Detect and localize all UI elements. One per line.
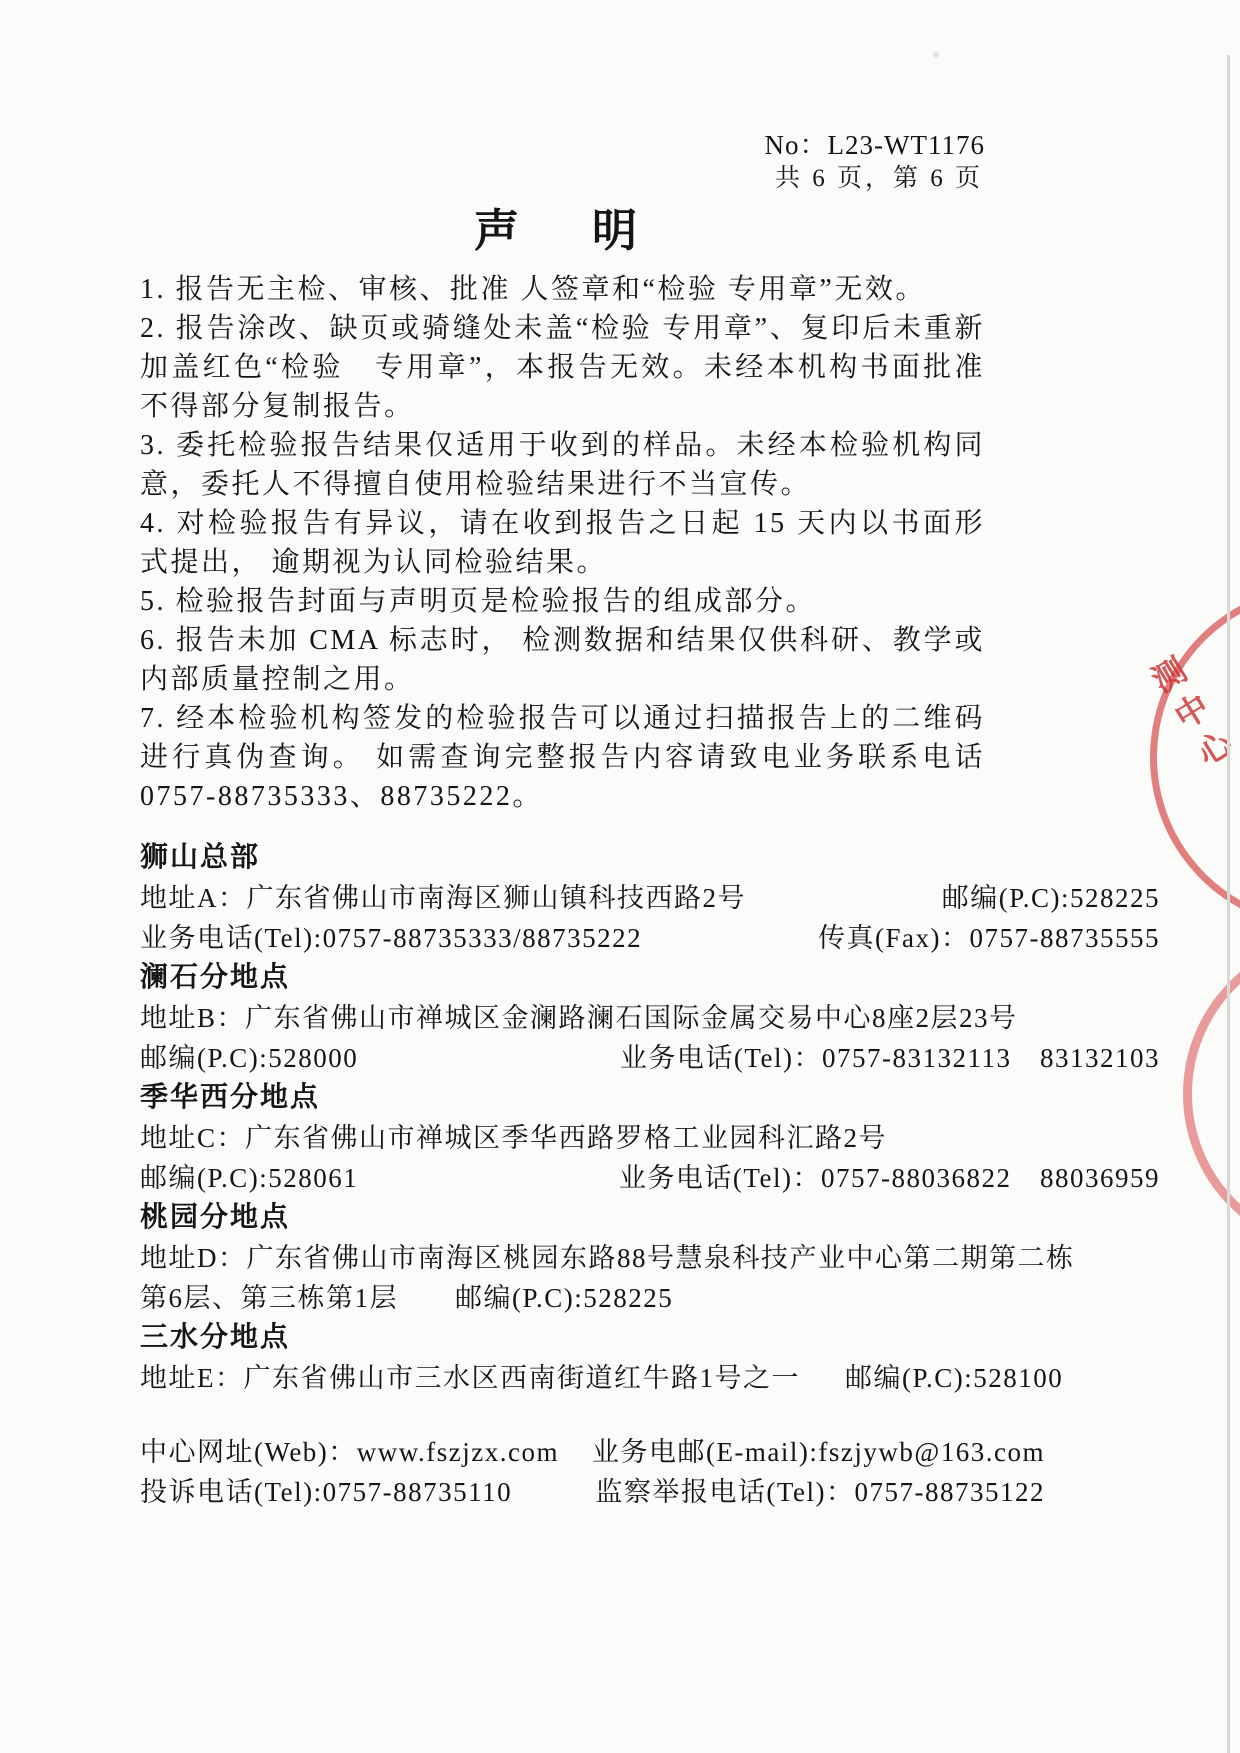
statement-item-1: 1. 报告无主检、审核、批准 人签章和“检验 专用章”无效。 [140,270,985,309]
page-count: 共 6 页，第 6 页 [775,162,983,196]
scan-edge-line [1227,55,1230,1753]
address-row: 业务电话(Tel):0757-88735333/88735222 传真(Fax)… [140,918,1160,958]
address-right: 传真(Fax)：0757-88735555 [818,918,1160,958]
address-left: 邮编(P.C):528000 [140,1038,358,1078]
location-section-sanshui: 三水分地点 地址E：广东省佛山市三水区西南街道红牛路1号之一 邮编(P.C):5… [140,1318,1160,1398]
location-heading: 桃园分地点 [140,1198,1160,1238]
web-address: 中心网址(Web)：www.fszjzx.com [140,1432,559,1472]
location-section-taoyuan: 桃园分地点 地址D：广东省佛山市南海区桃园东路88号慧泉科技产业中心第二期第二栋… [140,1198,1160,1318]
location-section-jihuaxi: 季华西分地点 地址C：广东省佛山市禅城区季华西路罗格工业园科汇路2号 邮编(P.… [140,1078,1160,1198]
scan-speck [933,52,939,58]
address-left: 地址D：广东省佛山市南海区桃园东路88号慧泉科技产业中心第二期第二栋 [140,1238,1075,1278]
address-row: 地址D：广东省佛山市南海区桃园东路88号慧泉科技产业中心第二期第二栋 [140,1238,1160,1278]
statement-item-4: 4. 对检验报告有异议，请在收到报告之日起 15 天内以书面形式提出， 逾期视为… [140,504,985,582]
footer-row: 投诉电话(Tel):0757-88735110 监察举报电话(Tel)：0757… [140,1472,1045,1512]
location-heading: 三水分地点 [140,1318,1160,1358]
complaint-phone: 投诉电话(Tel):0757-88735110 [140,1472,512,1512]
address-row: 第6层、第三栋第1层 邮编(P.C):528225 [140,1278,1160,1318]
location-heading: 狮山总部 [140,838,1160,878]
location-heading: 季华西分地点 [140,1078,1160,1118]
statement-item-7: 7. 经本检验机构签发的检验报告可以通过扫描报告上的二维码进行真伪查询。 如需查… [140,699,985,816]
address-row: 地址B：广东省佛山市禅城区金澜路澜石国际金属交易中心8座2层23号 [140,998,1160,1038]
address-left: 地址C：广东省佛山市禅城区季华西路罗格工业园科汇路2号 [140,1118,887,1158]
locations-block: 狮山总部 地址A：广东省佛山市南海区狮山镇科技西路2号 邮编(P.C):5282… [140,838,1160,1398]
email-address: 业务电邮(E-mail):fszjywb@163.com [592,1432,1045,1472]
address-row: 邮编(P.C):528061 业务电话(Tel)：0757-88036822 8… [140,1158,1160,1198]
address-left: 第6层、第三栋第1层 邮编(P.C):528225 [140,1278,673,1318]
location-heading: 澜石分地点 [140,958,1160,998]
address-left: 邮编(P.C):528061 [140,1158,358,1198]
contact-footer: 中心网址(Web)：www.fszjzx.com 业务电邮(E-mail):fs… [140,1432,1045,1512]
address-left: 地址E：广东省佛山市三水区西南街道红牛路1号之一 [140,1358,800,1398]
address-left: 业务电话(Tel):0757-88735333/88735222 [140,918,642,958]
address-right: 邮编(P.C):528225 [942,878,1160,918]
address-row: 地址E：广东省佛山市三水区西南街道红牛路1号之一 邮编(P.C):528100 [140,1358,1160,1398]
address-right: 业务电话(Tel)：0757-88036822 88036959 [619,1158,1160,1198]
page-header: No：L23-WT1176 共 6 页，第 6 页 [140,128,985,196]
location-section-lanshi: 澜石分地点 地址B：广东省佛山市禅城区金澜路澜石国际金属交易中心8座2层23号 … [140,958,1160,1078]
statement-item-2: 2. 报告涂改、缺页或骑缝处未盖“检验 专用章”、复印后未重新加盖红色“检验 专… [140,309,985,426]
address-right: 邮编(P.C):528100 [845,1358,1063,1398]
footer-row: 中心网址(Web)：www.fszjzx.com 业务电邮(E-mail):fs… [140,1432,1045,1472]
report-number: No：L23-WT1176 [765,128,985,162]
supervision-phone: 监察举报电话(Tel)：0757-88735122 [595,1472,1045,1512]
address-left: 地址A：广东省佛山市南海区狮山镇科技西路2号 [140,878,746,918]
statement-item-6: 6. 报告未加 CMA 标志时， 检测数据和结果仅供科研、教学或内部质量控制之用… [140,621,985,699]
address-row: 地址A：广东省佛山市南海区狮山镇科技西路2号 邮编(P.C):528225 [140,878,1160,918]
address-right: 业务电话(Tel)：0757-83132113 83132103 [620,1038,1160,1078]
location-section-shishan: 狮山总部 地址A：广东省佛山市南海区狮山镇科技西路2号 邮编(P.C):5282… [140,838,1160,958]
address-row: 地址C：广东省佛山市禅城区季华西路罗格工业园科汇路2号 [140,1118,1160,1158]
declaration-page: No：L23-WT1176 共 6 页，第 6 页 声 明 1. 报告无主检、审… [0,0,1240,1753]
address-row: 邮编(P.C):528000 业务电话(Tel)：0757-83132113 8… [140,1038,1160,1078]
statement-item-5: 5. 检验报告封面与声明页是检验报告的组成部分。 [140,582,985,621]
statement-item-3: 3. 委托检验报告结果仅适用于收到的样品。未经本检验机构同意，委托人不得擅自使用… [140,426,985,504]
statements-list: 1. 报告无主检、审核、批准 人签章和“检验 专用章”无效。 2. 报告涂改、缺… [140,270,985,816]
page-title: 声 明 [140,206,985,256]
address-left: 地址B：广东省佛山市禅城区金澜路澜石国际金属交易中心8座2层23号 [140,998,1018,1038]
